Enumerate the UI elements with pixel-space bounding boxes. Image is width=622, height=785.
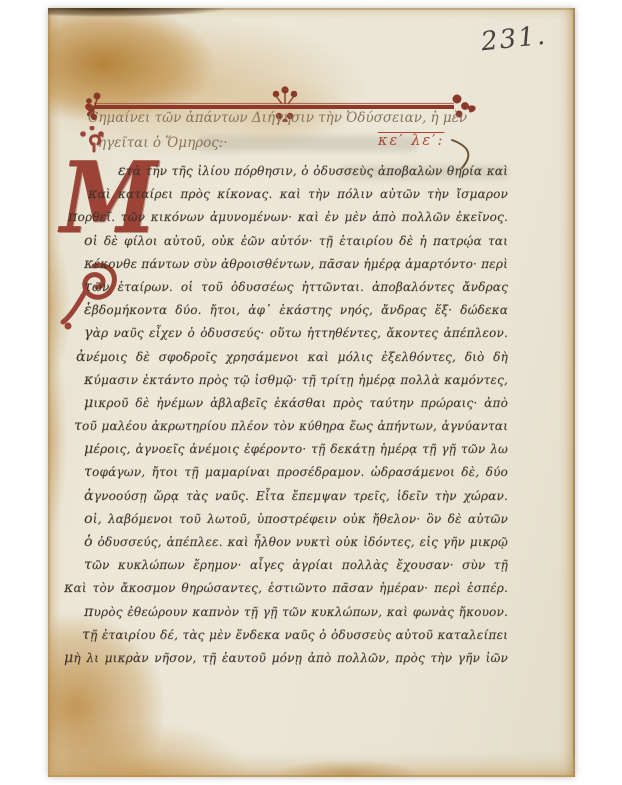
body-line: καὶ καταίρει πρὸς κίκονας. καὶ τὴν πόλιν…	[84, 183, 508, 206]
body-line: τῶν ἑταίρων. οἱ τοῦ ὀδυσσέως ἡττῶνται. ἀ…	[84, 276, 508, 299]
body-line: πορθεῖ. τῶν κικόνων ἀμυνομένων· καὶ ἐν μ…	[68, 206, 508, 229]
body-line: τοφάγων, ἤτοι τῇ μαμαρίναι προσέδραμον. …	[84, 461, 508, 484]
body-line: τοῦ μαλέου ἀκρωτηρίου πλέον τὸν κύθηρα ἕ…	[74, 415, 508, 438]
parchment-page: 231. Ϲημαίνει τῶν ἁπ	[48, 8, 575, 777]
body-line: ὁ ὀδυσσεύς, ἀπέπλεε. καὶ ἦλθον νυκτὶ οὐκ…	[84, 531, 508, 554]
body-line: ἀγνοούσῃ ὥρᾳ τὰς ναῦς. Εἶτα ἔπεμψαν τρεῖ…	[84, 485, 508, 508]
body-line: ετὰ τὴν τῆς ἰλίου πόρθησιν, ὁ ὀδυσσεὺς ἀ…	[84, 160, 508, 183]
heading-line-1: Ϲημαίνει τῶν ἁπάντων Διήγησιν τὴν Ὀδύσσε…	[88, 110, 470, 132]
body-line: τῇ ἑταιρίου δέ, τὰς μὲν ἕνδεκα ναῦς ὁ ὀδ…	[82, 624, 508, 647]
body-line: ἀνέμοις δὲ σφοδροῖς χρησάμενοι καὶ μόλις…	[76, 346, 508, 369]
body-line: οἱ δὲ φίλοι αὐτοῦ, οὐκ ἐῶν αὐτόν· τῇ ἑτα…	[84, 230, 508, 253]
manuscript-photo: { "manuscript": { "folio_number": "231."…	[0, 0, 622, 785]
folio-number: 231.	[480, 21, 549, 58]
body-line: μέροις, ἀγνοεῖς ἀνέμοις ἐφέροντο· τῇ δεκ…	[84, 438, 508, 461]
body-line: μικροῦ δὲ ἠνέμων ἀβλαβεῖς ἑκάσθαι πρὸς τ…	[84, 392, 508, 415]
body-line: καὶ τὸν ἄκοσμον θηρώσαντες, ἑστιῶντο πᾶσ…	[64, 577, 508, 600]
body-line: κύμασιν ἐκτάντο πρὸς τῷ ἰσθμῷ· τῇ τρίτῃ …	[84, 369, 508, 392]
body-line: ἑβδομήκοντα δύο. ἤτοι, ἀφ᾽ ἑκάστης νηός,…	[84, 299, 508, 322]
body-line: τῶν κυκλώπων ἔρημον· αἶγες ἀγρίαι πολλὰς…	[84, 554, 508, 577]
body-line: μὴ λι μικρὰν νῆσον, τῇ ἑαυτοῦ μόνῃ ἀπὸ π…	[64, 647, 508, 670]
chapter-numbers: κε′ λε′:	[378, 133, 444, 149]
body-text-block: ετὰ τὴν τῆς ἰλίου πόρθησιν, ὁ ὀδυσσεὺς ἀ…	[84, 160, 508, 670]
body-line: οἱ, λαβόμενοι τοῦ λωτοῦ, ὑποστρέφειν οὐκ…	[84, 508, 508, 531]
body-line: γὰρ ναῦς εἶχεν ὁ ὀδυσσεύς· οὕτω ἡττηθέντ…	[84, 322, 508, 345]
body-line: πυρὸς ἐθεώρουν καπνὸν τῇ γῇ τῶν κυκλώπων…	[84, 601, 508, 624]
body-line: κέκονθε πάντων σὺν ἀθροισθέντων, πᾶσαν ἡ…	[84, 253, 508, 276]
